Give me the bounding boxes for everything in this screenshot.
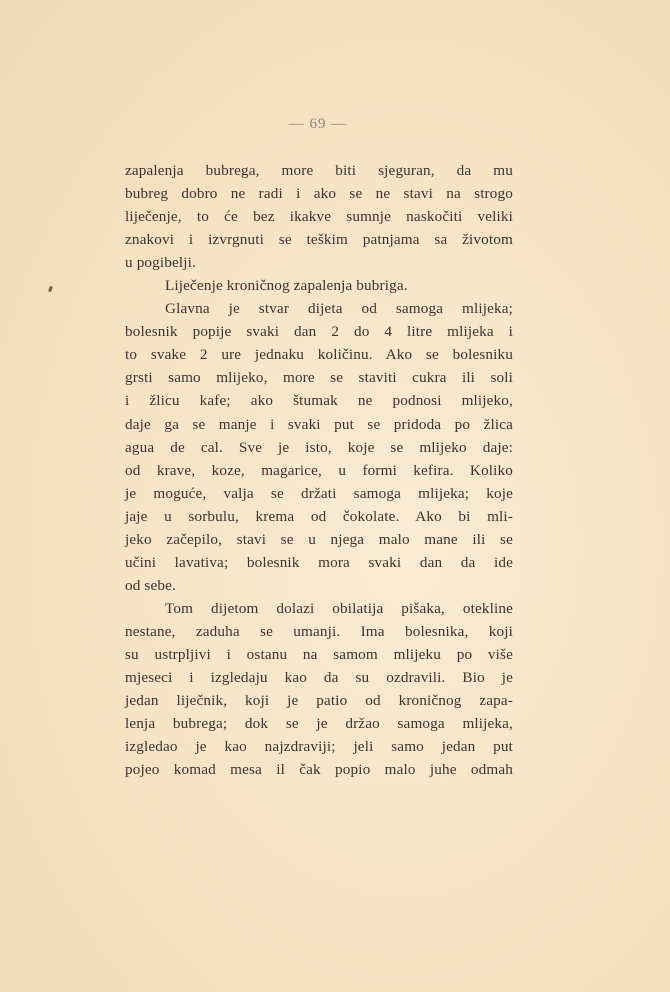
text-line: agua de cal. Sve je isto, koje se mlijek… (125, 436, 513, 459)
text-line: su ustrpljivi i ostanu na samom mlijeku … (125, 643, 513, 666)
text-line: Liječenje kroničnog zapalenja bubriga. (125, 274, 513, 297)
text-line: nestane, zaduha se umanji. Ima bolesnika… (125, 620, 513, 643)
text-line: zapalenja bubrega, more biti sjeguran, d… (125, 159, 513, 182)
text-line: i žlicu kafe; ako štumak ne podnosi mlij… (125, 389, 513, 412)
text-line: učini lavativa; bolesnik mora svaki dan … (125, 551, 513, 574)
text-line: jeko začepilo, stavi se u njega malo man… (125, 528, 513, 551)
text-line: to svake 2 ure jednaku količinu. Ako se … (125, 343, 513, 366)
text-line: mjeseci i izgledaju kao da su ozdravili.… (125, 666, 513, 689)
body-text: zapalenja bubrega, more biti sjeguran, d… (125, 159, 513, 781)
book-page: — 69 — zapalenja bubrega, more biti sjeg… (0, 0, 670, 992)
text-line: bolesnik popije svaki dan 2 do 4 litre m… (125, 320, 513, 343)
text-line: znakovi i izvrgnuti se teškim patnjama s… (125, 228, 513, 251)
text-line: od sebe. (125, 574, 513, 597)
text-line: lenja bubrega; dok se je držao samoga ml… (125, 712, 513, 735)
page-number: — 69 — (0, 116, 636, 133)
text-line: u pogibelji. (125, 251, 513, 274)
text-line: Glavna je stvar dijeta od samoga mlijeka… (125, 297, 513, 320)
text-line: daje ga se manje i svaki put se pridoda … (125, 413, 513, 436)
text-line: grsti samo mlijeko, more se staviti cukr… (125, 366, 513, 389)
text-line: jaje u sorbulu, krema od čokolate. Ako b… (125, 505, 513, 528)
text-line: je moguće, valja se držati samoga mlijek… (125, 482, 513, 505)
text-line: bubreg dobro ne radi i ako se ne stavi n… (125, 182, 513, 205)
text-line: izgledao je kao najzdraviji; jeli samo j… (125, 735, 513, 758)
text-line: jedan liječnik, koji je patio od kroničn… (125, 689, 513, 712)
text-line: Tom dijetom dolazi obilatija pišaka, ote… (125, 597, 513, 620)
text-line: od krave, koze, magarice, u formi kefira… (125, 459, 513, 482)
text-line: pojeo komad mesa il čak popio malo juhe … (125, 758, 513, 781)
text-line: liječenje, to će bez ikakve sumnje nasko… (125, 205, 513, 228)
paper-speck (48, 286, 53, 293)
